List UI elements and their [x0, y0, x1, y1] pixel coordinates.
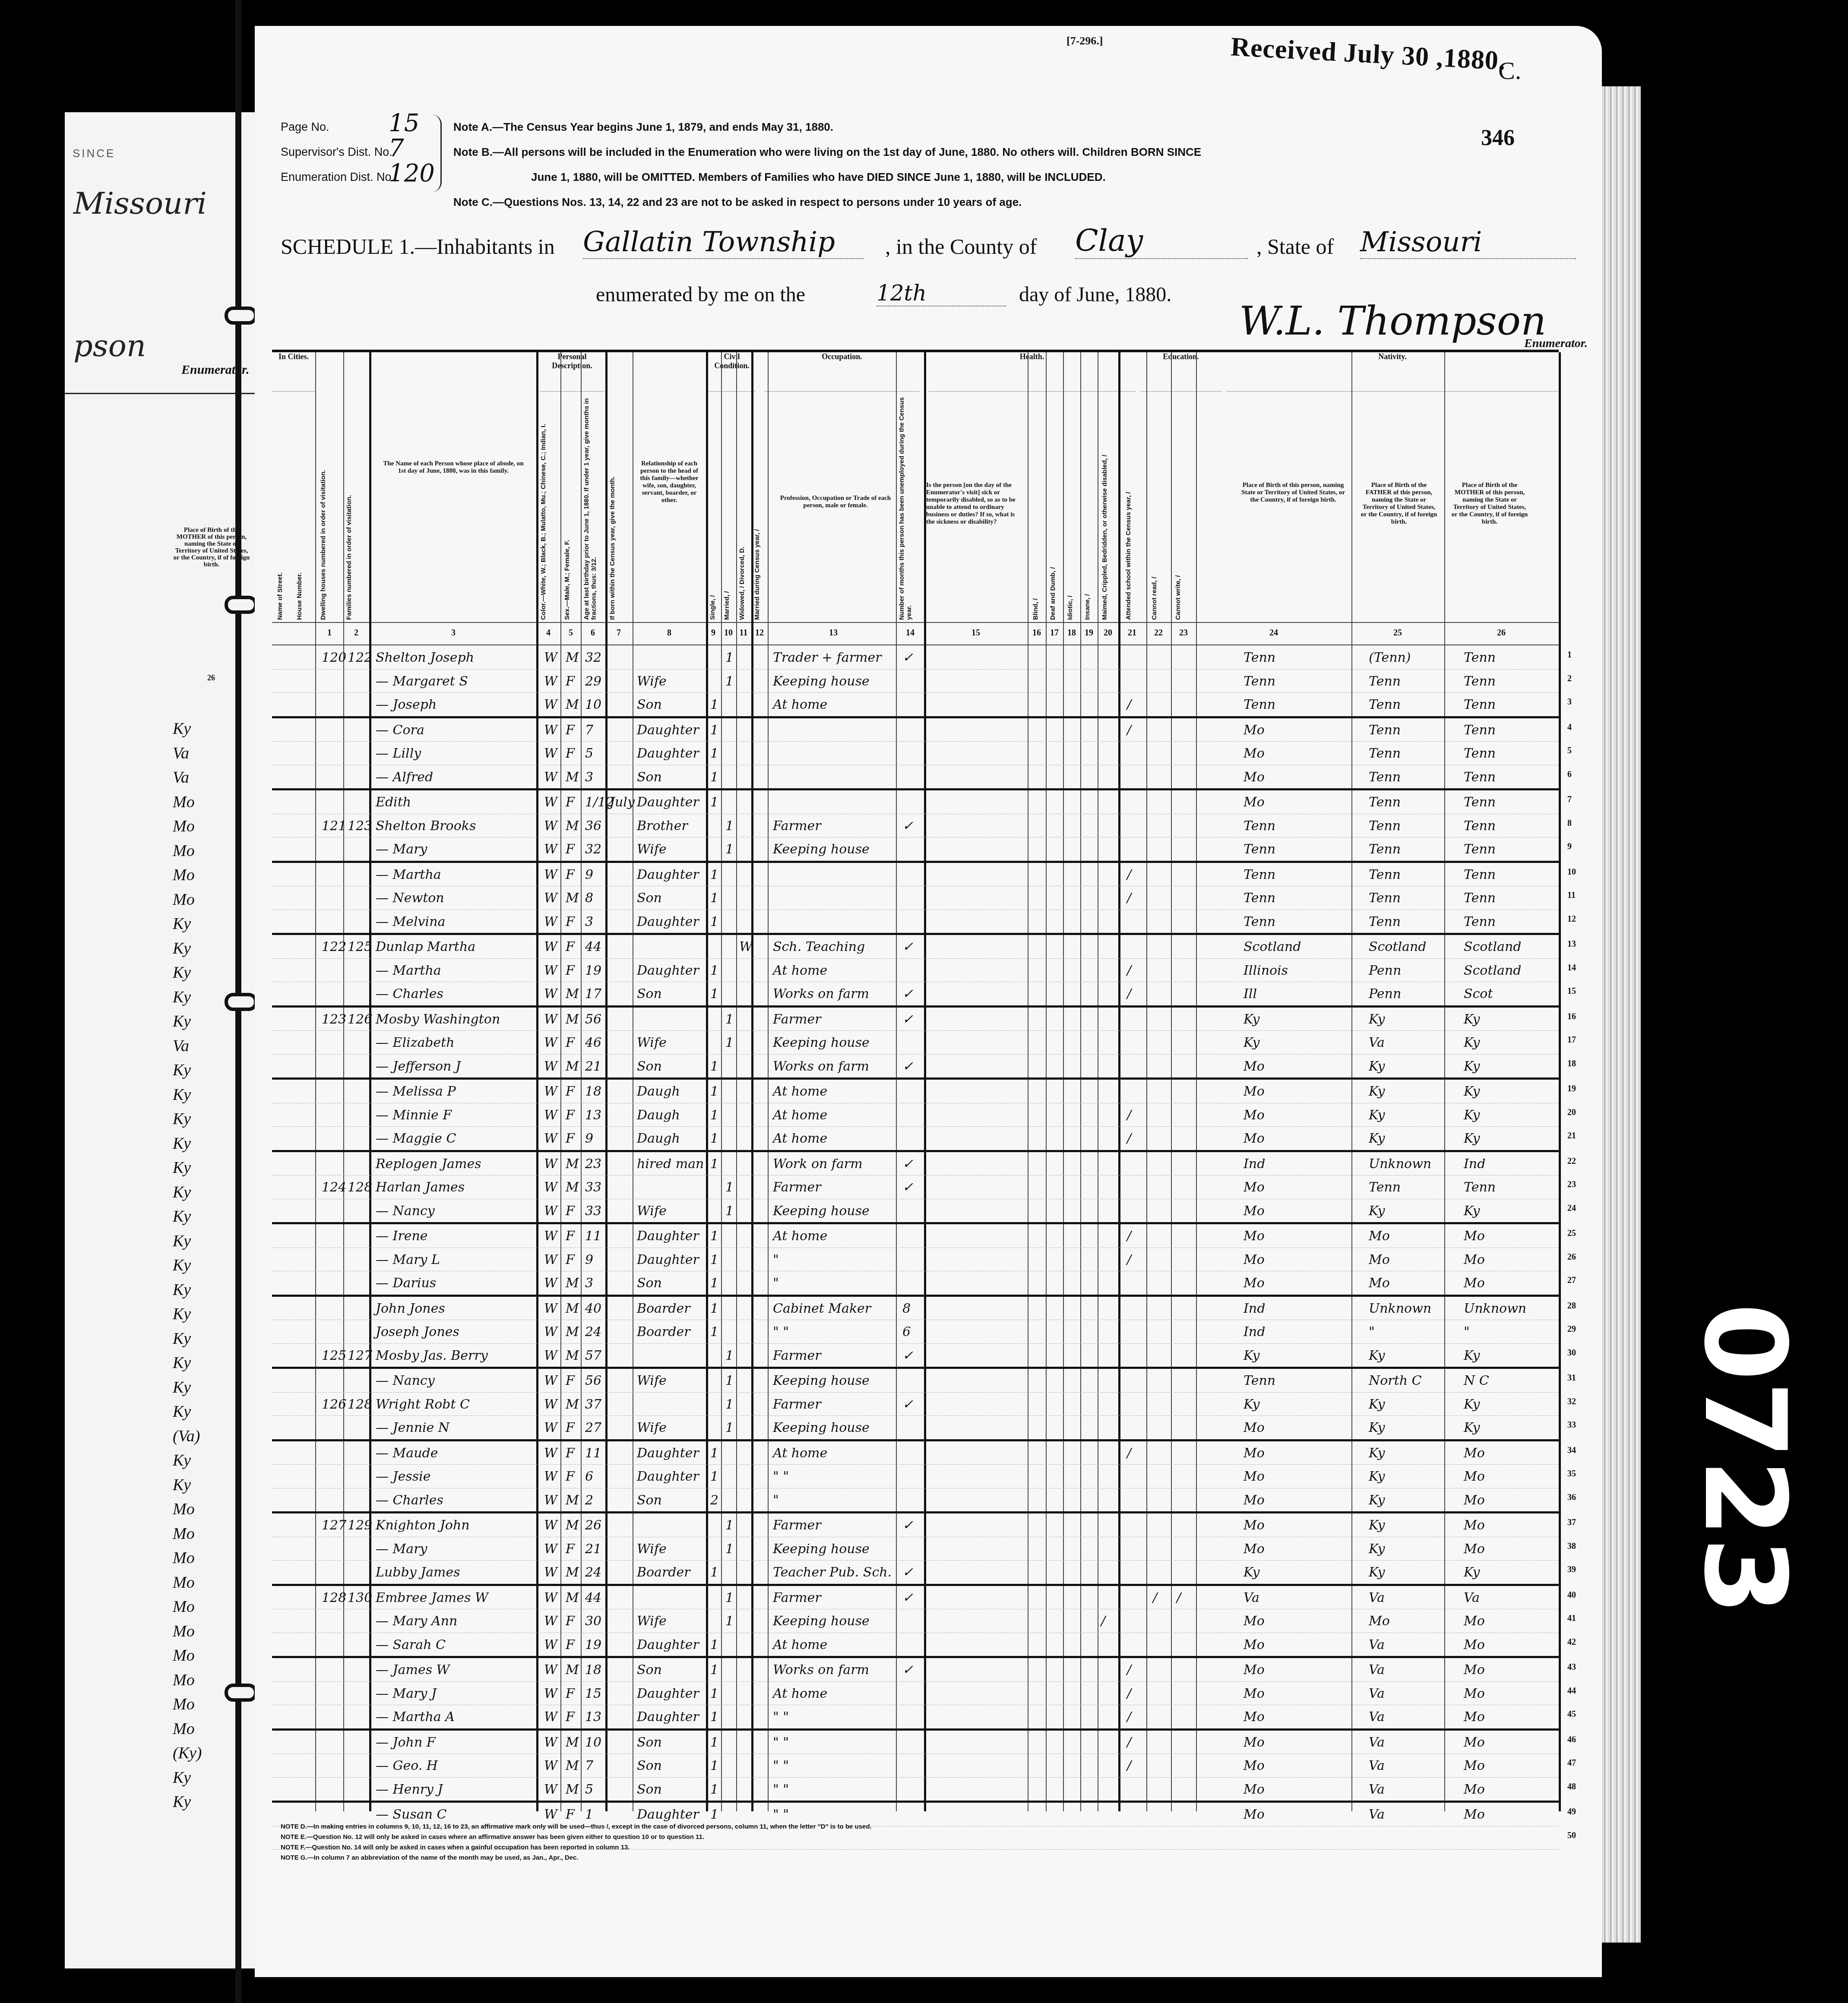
row-number: 21	[1567, 1131, 1576, 1141]
sex-value: F	[566, 723, 575, 738]
mother-birthplace-value: Ky	[1464, 1348, 1480, 1363]
prev-col26-value: Mo	[65, 863, 255, 888]
relationship-value: Daughter	[637, 963, 699, 978]
mother-birthplace-value: Tenn	[1464, 891, 1496, 906]
school-mark: /	[1127, 1662, 1131, 1678]
father-birthplace-value: Ky	[1369, 1348, 1385, 1363]
relationship-value: Wife	[637, 842, 667, 857]
relationship-value: Daughter	[637, 1709, 699, 1725]
column-number: 19	[1085, 628, 1093, 638]
color-value: W	[544, 891, 557, 906]
footnote-e: NOTE E.—Question No. 12 will only be ask…	[281, 1832, 1231, 1842]
birthplace-value: Mo	[1244, 1108, 1265, 1123]
age-value: 29	[585, 674, 601, 689]
school-mark: /	[1127, 963, 1131, 978]
person-name: Mosby Jas. Berry	[376, 1348, 488, 1363]
color-value: W	[544, 842, 557, 857]
table-row: — Minnie FWF13Daugh1At home/MoKyKy20	[272, 1103, 1559, 1127]
single-mark: 1	[710, 1686, 718, 1701]
relationship-value: Daughter	[637, 1229, 699, 1244]
table-row: — Mary AnnWF30Wife1Keeping house/MoMoMo4…	[272, 1609, 1559, 1633]
color-value: W	[544, 1469, 557, 1484]
table-row: — NancyWF33Wife1Keeping houseMoKyKy24	[272, 1199, 1559, 1225]
birthplace-value: Mo	[1244, 1229, 1265, 1244]
age-value: 24	[585, 1565, 601, 1580]
relationship-value: Son	[637, 1758, 662, 1773]
person-name: — Maude	[376, 1446, 438, 1461]
header-age: Age at last birthday prior to June 1, 18…	[583, 395, 604, 620]
header-unemployed: Number of months this person has been un…	[898, 395, 920, 620]
person-name: — Geo. H	[376, 1758, 438, 1773]
enumeration-label: Enumeration Dist. No.	[281, 171, 395, 184]
note-b: Note B.—All persons will be included in …	[453, 139, 1490, 164]
enumeration-value: 120	[389, 159, 435, 187]
prev-col26-value: Ky	[65, 1473, 255, 1498]
color-value: W	[544, 1180, 557, 1195]
table-row: EdithWF1/12JulyDaughter1MoTennTenn7	[272, 790, 1559, 814]
header-blind: Blind, /	[1032, 395, 1045, 620]
occupation-value: Keeping house	[773, 674, 870, 689]
father-birthplace-value: Ky	[1369, 1204, 1385, 1219]
father-birthplace-value: "	[1369, 1324, 1375, 1340]
prev-col26-value: Ky	[65, 912, 255, 936]
father-birthplace-value: Ky	[1369, 1565, 1385, 1580]
header-married-year: Married during Census year, /	[753, 395, 766, 620]
mother-birthplace-value: Mo	[1464, 1469, 1485, 1484]
color-value: W	[544, 1059, 557, 1074]
enumerator-signature: W.L. Thompson	[1239, 298, 1546, 344]
birthplace-value: Mo	[1244, 1059, 1265, 1074]
father-birthplace-value: Tenn	[1369, 723, 1401, 738]
row-number: 37	[1567, 1518, 1576, 1528]
row-number: 19	[1567, 1084, 1576, 1094]
father-birthplace-value: Ky	[1369, 1493, 1385, 1508]
single-mark: 1	[710, 1131, 718, 1146]
person-name: John Jones	[376, 1301, 445, 1316]
age-value: 24	[585, 1324, 601, 1340]
birthplace-value: Mo	[1244, 1686, 1265, 1701]
birthplace-value: Mo	[1244, 795, 1265, 810]
row-number: 23	[1567, 1180, 1576, 1190]
birthplace-value: Mo	[1244, 1180, 1265, 1195]
table-row: — AlfredWM3Son1MoTennTenn6	[272, 765, 1559, 791]
relationship-value: Son	[637, 986, 662, 1001]
color-value: W	[544, 1565, 557, 1580]
father-birthplace-value: Tenn	[1369, 746, 1401, 761]
married-mark: 1	[725, 1614, 734, 1629]
mother-birthplace-value: "	[1464, 1324, 1470, 1340]
father-birthplace-value: Va	[1369, 1782, 1385, 1797]
sex-value: M	[566, 697, 579, 712]
person-name: — Henry J	[376, 1782, 443, 1797]
table-row: — Sarah CWF19Daughter1At homeMoVaMo42	[272, 1633, 1559, 1659]
supervisor-value: 7	[389, 134, 404, 162]
prev-col26-values: KyVaVaMoMoMoMoMoKyKyKyKyKyVaKyKyKyKyKyKy…	[65, 717, 255, 1814]
birthplace-value: Mo	[1244, 1735, 1265, 1750]
person-name: — Jefferson J	[376, 1059, 461, 1074]
single-mark: 1	[710, 1709, 718, 1725]
sex-value: M	[566, 1156, 579, 1172]
form-number: [7-296.]	[1066, 35, 1103, 47]
relationship-value: Son	[637, 891, 662, 906]
person-name: — Sarah C	[376, 1637, 446, 1652]
person-name: — Melissa P	[376, 1084, 456, 1099]
occupation-value: Farmer	[773, 1397, 821, 1412]
prev-col26-value: Va	[65, 765, 255, 790]
prev-col26-value: Va	[65, 741, 255, 766]
table-row: — Henry JWM5Son1" "MoVaMo48	[272, 1778, 1559, 1803]
state-label: , State of	[1256, 234, 1334, 259]
family-number: 127	[348, 1348, 372, 1363]
relationship-value: Daughter	[637, 914, 699, 929]
months-unemployed: ✓	[902, 986, 913, 1001]
person-name: Mosby Washington	[376, 1012, 500, 1027]
birthplace-value: Mo	[1244, 1637, 1265, 1652]
person-name: Edith	[376, 795, 411, 810]
prev-col26-value: Ky	[65, 1107, 255, 1131]
row-number: 42	[1567, 1637, 1576, 1647]
header-married: Married, /	[723, 395, 736, 620]
age-value: 2	[585, 1493, 593, 1508]
column-number: 2	[354, 628, 358, 638]
person-name: — Melvina	[376, 914, 445, 929]
color-value: W	[544, 1204, 557, 1219]
header-cannot-write: Cannot write, /	[1174, 395, 1192, 620]
months-unemployed: ✓	[902, 650, 913, 665]
person-name: — Darius	[376, 1276, 436, 1291]
father-birthplace-value: Va	[1369, 1637, 1385, 1652]
column-number: 23	[1179, 628, 1188, 638]
header-relationship: Relationship of each person to the head …	[635, 460, 704, 504]
person-name: — Martha	[376, 963, 441, 978]
table-row: — Jefferson JWM21Son1Works on farm✓MoKyK…	[272, 1055, 1559, 1080]
header-mother-birthplace: Place of Birth of the MOTHER of this per…	[1451, 482, 1528, 526]
mother-birthplace-value: Scotland	[1464, 963, 1521, 978]
father-birthplace-value: Ky	[1369, 1131, 1385, 1146]
mother-birthplace-value: Scotland	[1464, 939, 1521, 954]
row-number: 34	[1567, 1446, 1576, 1456]
occupation-value: Works on farm	[773, 986, 869, 1001]
relationship-value: Son	[637, 1493, 662, 1508]
color-value: W	[544, 1637, 557, 1652]
person-name: — Irene	[376, 1229, 428, 1244]
occupation-value: Keeping house	[773, 1542, 870, 1557]
column-number: 5	[569, 628, 573, 638]
age-value: 7	[585, 723, 593, 738]
father-birthplace-value: North C	[1369, 1373, 1422, 1388]
color-value: W	[544, 1229, 557, 1244]
prev-col26-value: Mo	[65, 1717, 255, 1741]
relationship-value: Son	[637, 1276, 662, 1291]
prev-col26-value: Ky	[65, 1083, 255, 1107]
relationship-value: Daughter	[637, 746, 699, 761]
father-birthplace-value: Va	[1369, 1590, 1385, 1605]
relationship-value: Wife	[637, 1420, 667, 1435]
person-name: — Lilly	[376, 746, 421, 761]
sex-value: F	[566, 674, 575, 689]
occupation-value: Farmer	[773, 1180, 821, 1195]
mother-birthplace-value: Ky	[1464, 1131, 1480, 1146]
row-number: 5	[1567, 746, 1572, 756]
row-number: 13	[1567, 939, 1576, 949]
father-birthplace-value: Penn	[1369, 986, 1401, 1001]
column-number: 26	[1497, 628, 1506, 638]
single-mark: 1	[710, 723, 718, 738]
table-row: — Maggie CWF9Daugh1At home/MoKyKy21	[272, 1127, 1559, 1152]
footnote-f: NOTE F.—Question No. 14 will only be ask…	[281, 1842, 1231, 1853]
table-row: — MaryWF21Wife1Keeping houseMoKyMo38	[272, 1537, 1559, 1561]
father-birthplace-value: Va	[1369, 1735, 1385, 1750]
prev-col26-value: Mo	[65, 1522, 255, 1546]
prev-col26-value: Mo	[65, 1595, 255, 1619]
header-family: Families numbered in order of visitation…	[345, 395, 367, 620]
mother-birthplace-value: Tenn	[1464, 697, 1496, 712]
prev-state-fragment: Missouri	[73, 186, 207, 221]
birthplace-value: Scotland	[1244, 939, 1301, 954]
family-number: 130	[348, 1590, 372, 1605]
header-insane: Insane, /	[1084, 395, 1097, 620]
color-value: W	[544, 1662, 557, 1678]
sex-value: M	[566, 1758, 579, 1773]
sex-value: F	[566, 1807, 575, 1822]
relationship-value: Son	[637, 1059, 662, 1074]
mother-birthplace-value: Mo	[1464, 1735, 1485, 1750]
footnote-d: NOTE D.—In making entries in columns 9, …	[281, 1822, 1231, 1832]
table-row: 124128Harlan JamesWM331Farmer✓MoTennTenn…	[272, 1175, 1559, 1199]
age-value: 46	[585, 1035, 601, 1050]
school-mark: /	[1127, 1758, 1131, 1773]
color-value: W	[544, 939, 557, 954]
mother-birthplace-value: Tenn	[1464, 1180, 1496, 1195]
relationship-value: Son	[637, 697, 662, 712]
color-value: W	[544, 674, 557, 689]
table-row: 127129Knighton JohnWM261Farmer✓MoKyMo37	[272, 1513, 1559, 1537]
mother-birthplace-value: Va	[1464, 1590, 1480, 1605]
single-mark: 1	[710, 963, 718, 978]
family-number: 126	[348, 1012, 372, 1027]
person-name: — Jessie	[376, 1469, 430, 1484]
sex-value: F	[566, 1373, 575, 1388]
birthplace-value: Tenn	[1244, 1373, 1275, 1388]
occupation-value: "	[773, 1252, 779, 1267]
age-value: 10	[585, 1735, 601, 1750]
table-row: 123126Mosby WashingtonWM561Farmer✓KyKyKy…	[272, 1008, 1559, 1031]
age-value: 32	[585, 842, 601, 857]
occupation-value: " "	[773, 1469, 789, 1484]
column-number: 15	[971, 628, 980, 638]
color-value: W	[544, 1324, 557, 1340]
person-name: — James W	[376, 1662, 449, 1678]
prev-col26-number: 26	[207, 673, 215, 682]
age-value: 11	[585, 1229, 601, 1244]
father-birthplace-value: Penn	[1369, 963, 1401, 978]
header-house: House Number.	[296, 395, 313, 620]
mother-birthplace-value: Ky	[1464, 1059, 1480, 1074]
row-number: 17	[1567, 1035, 1576, 1045]
sex-value: M	[566, 1059, 579, 1074]
age-value: 7	[585, 1758, 593, 1773]
birthplace-value: Mo	[1244, 746, 1265, 761]
prev-col26-value: Ky	[65, 1278, 255, 1302]
single-mark: 1	[710, 1301, 718, 1316]
table-row: — James WWM18Son1Works on farm✓/MoVaMo43	[272, 1658, 1559, 1682]
note-b-cont: June 1, 1880, will be OMITTED. Members o…	[453, 164, 1490, 190]
father-birthplace-value: Ky	[1369, 1518, 1385, 1533]
mother-birthplace-value: Tenn	[1464, 842, 1496, 857]
birthplace-value: Mo	[1244, 1084, 1265, 1099]
relationship-value: Brother	[637, 818, 688, 834]
table-row: — Melissa PWF18Daugh1At homeMoKyKy19	[272, 1080, 1559, 1103]
age-value: 13	[585, 1709, 601, 1725]
sex-value: F	[566, 1084, 575, 1099]
person-name: — Elizabeth	[376, 1035, 455, 1050]
prev-col26-value: Ky	[65, 1351, 255, 1375]
row-number: 8	[1567, 818, 1572, 828]
color-value: W	[544, 1252, 557, 1267]
row-number: 16	[1567, 1012, 1576, 1022]
mother-birthplace-value: N C	[1464, 1373, 1489, 1388]
occupation-value: Teacher Pub. Sch.	[773, 1565, 892, 1580]
birthplace-value: Ind	[1244, 1156, 1265, 1172]
father-birthplace-value: Ky	[1369, 1469, 1385, 1484]
table-row: — CoraWF7Daughter1/MoTennTenn4	[272, 718, 1559, 742]
months-unemployed: ✓	[902, 1180, 913, 1195]
table-row: — JessieWF6Daughter1" "MoKyMo35	[272, 1465, 1559, 1488]
person-name: — Mary Ann	[376, 1614, 457, 1629]
mother-birthplace-value: Mo	[1464, 1758, 1485, 1773]
father-birthplace-value: Tenn	[1369, 914, 1401, 929]
mother-birthplace-value: Mo	[1464, 1542, 1485, 1557]
row-number: 32	[1567, 1397, 1576, 1407]
person-name: Dunlap Martha	[376, 939, 475, 954]
father-birthplace-value: Va	[1369, 1662, 1385, 1678]
sex-value: M	[566, 770, 579, 785]
occupation-value: " "	[773, 1735, 789, 1750]
prev-col26-value: Ky	[65, 1375, 255, 1400]
birthplace-value: Mo	[1244, 1420, 1265, 1435]
header-cannot-read: Cannot read, /	[1151, 395, 1168, 620]
person-name: Lubby James	[376, 1565, 460, 1580]
census-page: [7-296.] Received July 30 ,1880. C. 346 …	[255, 26, 1602, 1977]
father-birthplace-value: (Tenn)	[1369, 650, 1411, 665]
married-mark: 1	[725, 818, 734, 834]
column-number: 7	[617, 628, 621, 638]
father-birthplace-value: Va	[1369, 1035, 1385, 1050]
sex-value: M	[566, 1493, 579, 1508]
prev-col26-value: Ky	[65, 1790, 255, 1814]
single-mark: 1	[710, 867, 718, 882]
relationship-value: Wife	[637, 1542, 667, 1557]
relationship-value: Daughter	[637, 1446, 699, 1461]
relationship-value: Wife	[637, 1614, 667, 1629]
birthplace-value: Ill	[1244, 986, 1257, 1001]
sex-value: M	[566, 1735, 579, 1750]
father-birthplace-value: Va	[1369, 1758, 1385, 1773]
sex-value: F	[566, 1252, 575, 1267]
color-value: W	[544, 1542, 557, 1557]
occupation-value: Keeping house	[773, 1204, 870, 1219]
age-value: 13	[585, 1108, 601, 1123]
mother-birthplace-value: Ky	[1464, 1565, 1480, 1580]
group-civil: Civil Condition.	[708, 352, 756, 392]
relationship-value: Wife	[637, 674, 667, 689]
school-mark: /	[1127, 723, 1131, 738]
relationship-value: Daughter	[637, 1637, 699, 1652]
birth-month-value: July	[610, 795, 635, 810]
birthplace-value: Mo	[1244, 1614, 1265, 1629]
prev-col26-value: Ky	[65, 1327, 255, 1351]
footnotes: NOTE D.—In making entries in columns 9, …	[281, 1822, 1231, 1863]
school-mark: /	[1127, 1131, 1131, 1146]
birthplace-value: Tenn	[1244, 867, 1275, 882]
age-value: 5	[585, 1782, 593, 1797]
table-row: 126128Wright Robt CWM371Farmer✓KyKyKy32	[272, 1393, 1559, 1416]
mother-birthplace-value: Mo	[1464, 1807, 1485, 1822]
age-value: 33	[585, 1204, 601, 1219]
occupation-value: Keeping house	[773, 1614, 870, 1629]
relationship-value: Daughter	[637, 723, 699, 738]
census-rows: 120122Shelton JosephWM321Trader + farmer…	[272, 646, 1559, 1850]
relationship-value: Boarder	[637, 1301, 690, 1316]
person-name: Joseph Jones	[376, 1324, 459, 1340]
color-value: W	[544, 914, 557, 929]
mother-birthplace-value: Mo	[1464, 1686, 1485, 1701]
married-mark: 1	[725, 1373, 734, 1388]
father-birthplace-value: Va	[1369, 1709, 1385, 1725]
person-name: — Margaret S	[376, 674, 468, 689]
single-mark: 1	[710, 746, 718, 761]
dwelling-number: 121	[322, 818, 346, 834]
color-value: W	[544, 1758, 557, 1773]
column-number: 21	[1128, 628, 1136, 638]
occupation-value: Keeping house	[773, 1035, 870, 1050]
person-name: Harlan James	[376, 1180, 465, 1195]
header-birthplace: Place of Birth of this person, naming St…	[1239, 482, 1347, 504]
mother-birthplace-value: Ky	[1464, 1035, 1480, 1050]
row-number: 41	[1567, 1614, 1576, 1624]
row-number: 50	[1567, 1831, 1576, 1841]
header-school: Attended school within the Census year, …	[1125, 395, 1142, 620]
instruction-notes: Note A.—The Census Year begins June 1, 1…	[453, 114, 1490, 215]
footnote-g: NOTE G.—In column 7 an abbreviation of t…	[281, 1853, 1231, 1863]
dwelling-number: 125	[322, 1348, 346, 1363]
age-value: 56	[585, 1012, 601, 1027]
table-row: 121123Shelton BrooksWM36Brother1Farmer✓T…	[272, 814, 1559, 838]
occupation-value: Farmer	[773, 1590, 821, 1605]
single-mark: 1	[710, 986, 718, 1001]
person-name: Shelton Brooks	[376, 818, 476, 834]
sex-value: F	[566, 1542, 575, 1557]
father-birthplace-value: Tenn	[1369, 891, 1401, 906]
school-mark: /	[1127, 1709, 1131, 1725]
table-row: — John FWM10Son1" "/MoVaMo46	[272, 1731, 1559, 1754]
row-number: 40	[1567, 1590, 1576, 1600]
enumeration-day: 12th	[877, 281, 1006, 306]
column-number: 10	[724, 628, 733, 638]
father-birthplace-value: Ky	[1369, 1420, 1385, 1435]
single-mark: 1	[710, 1276, 718, 1291]
relationship-value: Daugh	[637, 1108, 680, 1123]
age-value: 37	[585, 1397, 601, 1412]
table-row: 125127Mosby Jas. BerryWM571Farmer✓KyKyKy…	[272, 1344, 1559, 1369]
sex-value: F	[566, 1469, 575, 1484]
sex-value: F	[566, 1420, 575, 1435]
birthplace-value: Mo	[1244, 1807, 1265, 1822]
occupation-value: At home	[773, 1131, 827, 1146]
prev-col26-value: Ky	[65, 1009, 255, 1034]
sex-value: M	[566, 1180, 579, 1195]
mother-birthplace-value: Mo	[1464, 1252, 1485, 1267]
